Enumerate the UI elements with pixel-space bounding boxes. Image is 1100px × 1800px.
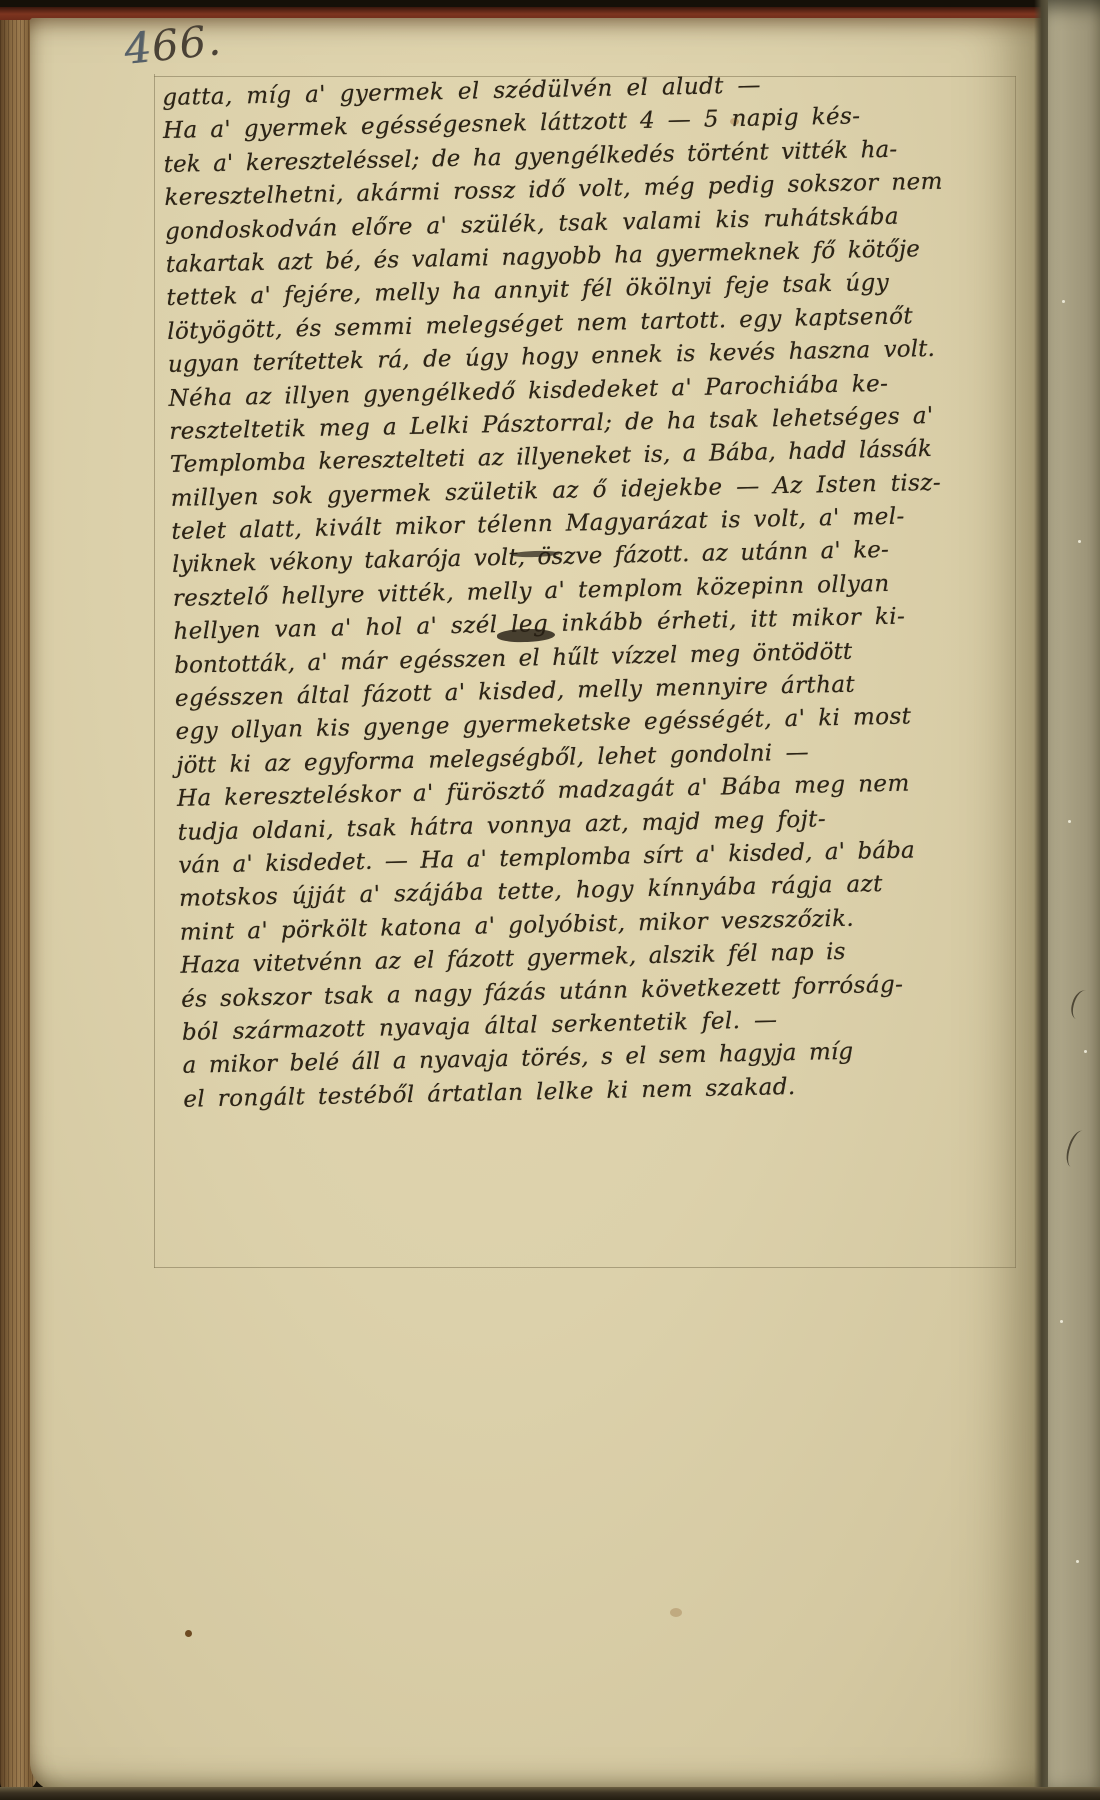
gutter-fold <box>1034 0 1048 1800</box>
facing-page-ink-mark <box>1068 988 1094 1022</box>
paper-speck <box>1076 1560 1079 1563</box>
manuscript-text-block: gatta, míg a' gyermek el szédülvén el al… <box>162 63 1068 1116</box>
stain <box>670 1608 682 1617</box>
book-scan: 466. gatta, míg a' gyermek el szédülvén … <box>0 0 1100 1800</box>
paper-speck <box>1078 540 1081 543</box>
rule-left <box>154 74 155 1268</box>
bottom-board-edge <box>0 1787 1100 1800</box>
paper-speck <box>1062 300 1065 303</box>
facing-page-edge <box>1048 0 1100 1800</box>
stain <box>185 1630 192 1637</box>
paper-speck <box>1068 820 1071 823</box>
facing-page-ink-mark <box>1063 1128 1092 1170</box>
paper-speck <box>1084 1050 1087 1053</box>
page-number-rest: 66. <box>149 15 224 71</box>
page-number: 466. <box>122 17 224 73</box>
paper-speck <box>1060 1320 1063 1323</box>
rule-bottom <box>154 1267 1016 1268</box>
